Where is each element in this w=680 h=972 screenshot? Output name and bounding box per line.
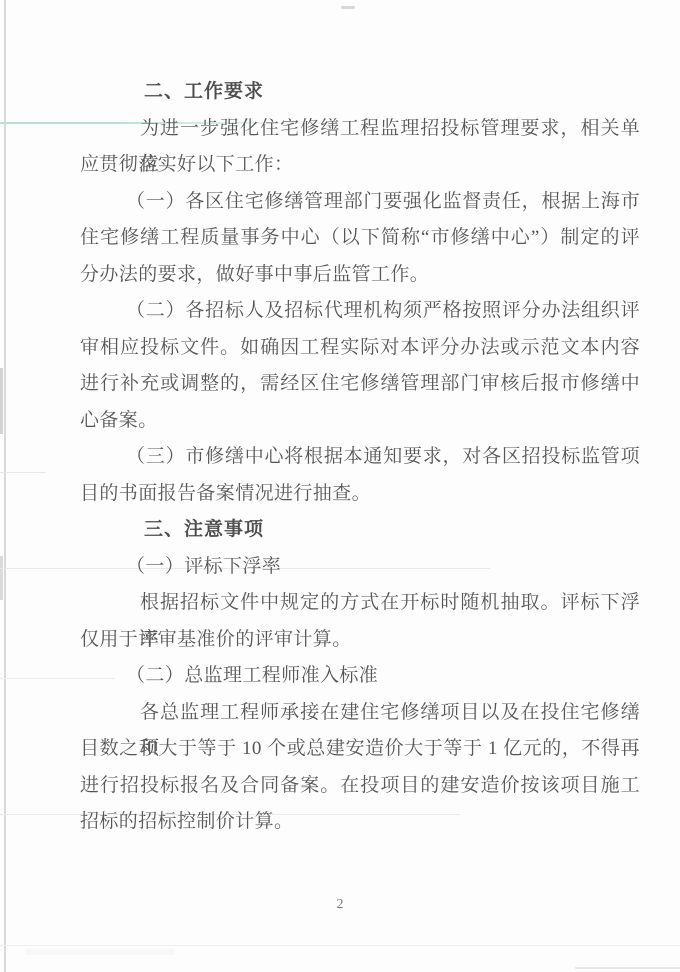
paragraph-line: 应贯彻落实好以下工作：	[80, 147, 640, 184]
paragraph-line: 目数之和大于等于 10 个或总建安造价大于等于 1 亿元的，不得再	[80, 731, 640, 768]
paragraph-line: （二）各招标人及招标代理机构须严格按照评分办法组织评	[80, 293, 640, 330]
scan-artifact-left-edge-blob	[0, 556, 3, 600]
paragraph-line: 分办法的要求，做好事中事后监管工作。	[80, 257, 640, 294]
paragraph-line: 进行招投标报名及合同备案。在投项目的建安造价按该项目施工	[80, 768, 640, 805]
document-page: 二、工作要求 为进一步强化住宅修缮工程监理招投标管理要求，相关单位 应贯彻落实好…	[0, 0, 680, 972]
scan-artifact-bottom-smudge	[25, 949, 175, 955]
paragraph-line: 根据招标文件中规定的方式在开标时随机抽取。评标下浮率	[80, 585, 640, 622]
paragraph-line: 住宅修缮工程质量事务中心（以下简称“市修缮中心”）制定的评	[80, 220, 640, 257]
paragraph-line: 进行补充或调整的，需经区住宅修缮管理部门审核后报市修缮中	[80, 366, 640, 403]
page-number: 2	[0, 897, 680, 913]
paragraph-line: 审相应投标文件。如确因工程实际对本评分办法或示范文本内容	[80, 330, 640, 367]
paragraph-line: 为进一步强化住宅修缮工程监理招投标管理要求，相关单位	[80, 111, 640, 148]
scan-artifact-bottom-right-line	[575, 967, 680, 969]
section-work-requirements: 二、工作要求 为进一步强化住宅修缮工程监理招投标管理要求，相关单位 应贯彻落实好…	[80, 74, 640, 512]
paragraph-line: 各总监理工程师承接在建住宅修缮项目以及在投住宅修缮项	[80, 695, 640, 732]
document-content: 二、工作要求 为进一步强化住宅修缮工程监理招投标管理要求，相关单位 应贯彻落实好…	[80, 74, 640, 841]
section-notes: 三、注意事项 （一）评标下浮率 根据招标文件中规定的方式在开标时随机抽取。评标下…	[80, 512, 640, 841]
section-heading: 二、工作要求	[80, 74, 640, 111]
paragraph-line: 心备案。	[80, 403, 640, 440]
paragraph-line: （一）各区住宅修缮管理部门要强化监督责任，根据上海市	[80, 184, 640, 221]
section-heading: 三、注意事项	[80, 512, 640, 549]
subsection-heading: （一）评标下浮率	[80, 549, 640, 586]
scan-artifact-top-mark	[341, 6, 355, 9]
scan-artifact-faint-line	[0, 472, 46, 473]
paragraph-line: 仅用于评审基准价的评审计算。	[80, 622, 640, 659]
scan-artifact-left-edge-line	[4, 0, 6, 972]
scan-artifact-bottom-line	[0, 945, 680, 946]
subsection-heading: （二）总监理工程师准入标准	[80, 658, 640, 695]
paragraph-line: 招标的招标控制价计算。	[80, 804, 640, 841]
paragraph-line: 目的书面报告备案情况进行抽查。	[80, 476, 640, 513]
scan-artifact-left-edge-blob	[0, 368, 3, 434]
paragraph-line: （三）市修缮中心将根据本通知要求，对各区招投标监管项	[80, 439, 640, 476]
